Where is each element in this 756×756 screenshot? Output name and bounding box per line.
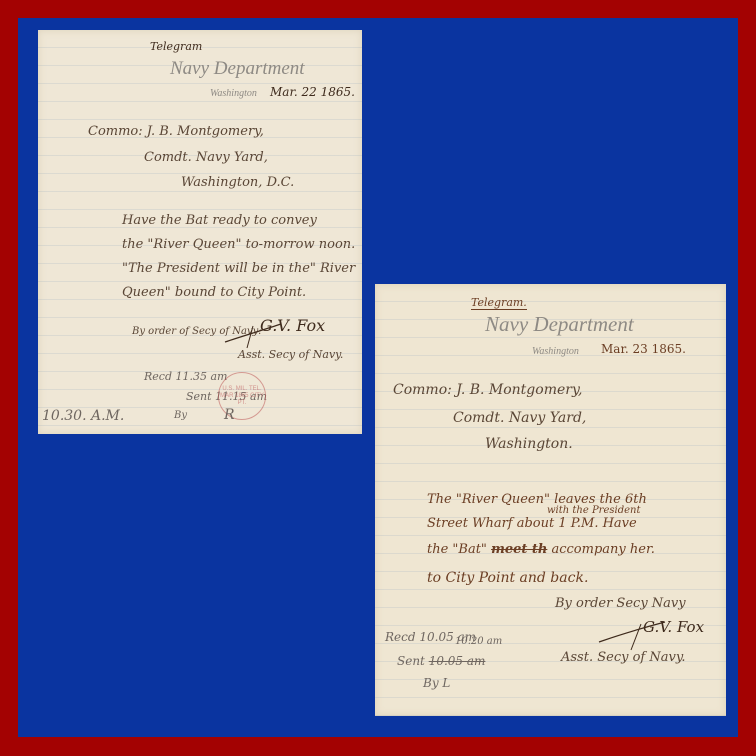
sent-corrected-time: 10.20 am	[455, 636, 502, 647]
place-printed: Washington	[532, 346, 579, 357]
signature-title: Asst. Secy of Navy.	[238, 348, 343, 361]
place-printed: Washington	[210, 88, 257, 99]
by-note: By L	[423, 676, 450, 690]
body-line-4: to City Point and back.	[427, 570, 588, 586]
received-note: Recd 11.35 am	[144, 370, 227, 383]
addressee-line-3: Washington, D.C.	[181, 175, 294, 190]
telegram-label: Telegram	[150, 40, 202, 53]
date: Mar. 23 1865.	[601, 342, 686, 356]
time-note: 10.30. A.M.	[42, 408, 124, 424]
body-line-2: the "River Queen" to-morrow noon.	[122, 237, 355, 252]
body-line-3: the "Bat" meet th accompany her.	[427, 542, 655, 557]
sent-note: Sent 10.05 am	[397, 654, 485, 668]
body-line-1: Have the Bat ready to convey	[122, 213, 317, 228]
struck-text: meet th	[491, 542, 547, 557]
telegram-label: Telegram.	[471, 296, 527, 310]
addressee-line-1: Commo: J. B. Montgomery,	[88, 124, 264, 139]
operator-initial: R	[224, 407, 235, 423]
addressee-line-2: Comdt. Navy Yard,	[144, 150, 268, 165]
body-line-4: Queen" bound to City Point.	[122, 285, 306, 300]
addressee-line-3: Washington.	[485, 436, 573, 452]
signature-title: Asst. Secy of Navy.	[561, 650, 686, 665]
addressee-line-1: Commo: J. B. Montgomery,	[393, 382, 582, 398]
letterhead-navy-department: Navy Department	[485, 312, 634, 337]
signature-flourish-icon	[223, 320, 283, 350]
date: Mar. 22 1865.	[270, 85, 355, 99]
letterhead-navy-department: Navy Department	[170, 58, 305, 80]
addressee-line-2: Comdt. Navy Yard,	[453, 410, 586, 426]
body-line-3: "The President will be in the" River	[122, 261, 355, 276]
signature: G.V. Fox	[643, 618, 704, 636]
body-insert: with the President	[547, 505, 641, 516]
by-note: By	[174, 410, 187, 421]
body-line-2: Street Wharf about 1 P.M. Have	[427, 516, 637, 531]
telegram-march-22: Telegram Navy Department Washington Mar.…	[38, 30, 362, 434]
sent-struck-time: 10.05 am	[429, 654, 486, 668]
telegram-march-23: Telegram. Navy Department Washington Mar…	[375, 284, 726, 716]
by-order-line: By order Secy Navy	[555, 596, 686, 611]
